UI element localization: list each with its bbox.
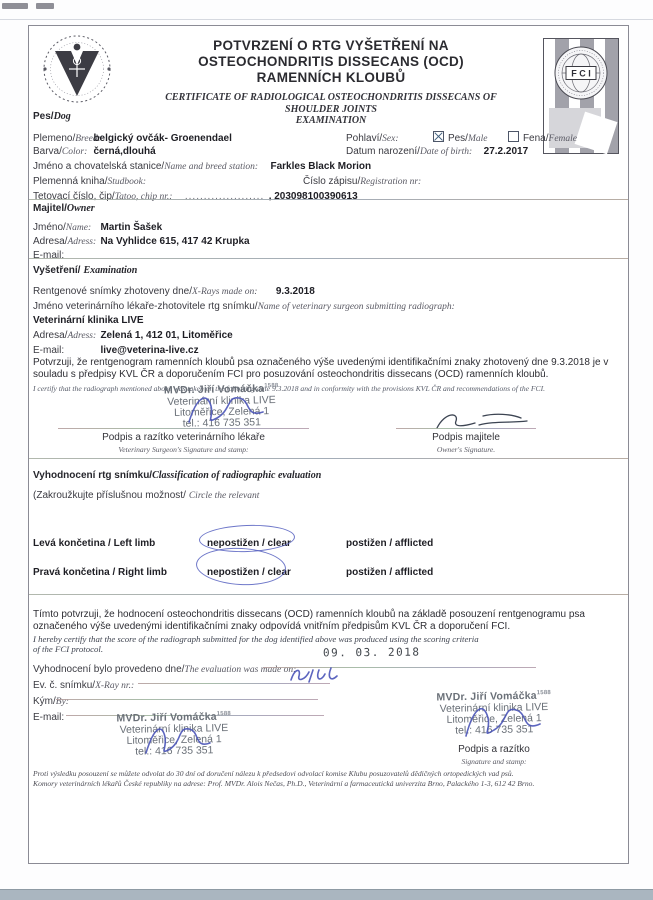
by-line: [56, 699, 318, 700]
evaluation-section-heading: Vyhodnocení rtg snímku/Classification of…: [33, 470, 321, 481]
scan-bottom-edge: [0, 889, 653, 900]
owner-signature-caption: Podpis majitele: [396, 432, 536, 443]
final-text-cz: Tímto potvrzuji, že hodnocení osteochond…: [33, 609, 621, 633]
kvl-veterinary-chamber-logo: [39, 32, 115, 108]
scan-edge-line: [0, 19, 653, 20]
right-limb-label: Pravá končetina / Right limb: [33, 567, 167, 578]
final-signature-caption-en: Signature and stamp:: [424, 757, 564, 766]
right-limb-row: Pravá končetina / Right limb: [33, 562, 167, 580]
chip-number-value: , 203098100390613: [269, 191, 358, 202]
left-limb-row: Levá končetina / Left limb: [33, 533, 155, 551]
clinic-email-value: live@veterina-live.cz: [100, 345, 198, 356]
certification-text-cz: Potvrzuji, že rentgenogram ramenních klo…: [33, 357, 621, 381]
dog-chip-row: Tetovací číslo, čip/Tatoo, chip nr.: ...…: [33, 186, 358, 204]
vet-signature-caption: Podpis a razítko veterinárního lékaře: [58, 432, 309, 443]
dog-section-heading: Pes/Dog: [33, 111, 71, 122]
vet-signature-scribble: [454, 698, 549, 743]
vet-signature-scribble: [179, 388, 274, 430]
title-line: OSTEOCHONDRITIS DISSECANS (OCD): [141, 54, 521, 70]
clinic-email-row: E-mail: live@veterina-live.cz: [33, 340, 199, 358]
vet-signature-caption-en: Veterinary Surgeon's Signature and stamp…: [58, 445, 309, 454]
fci-acronym: F C I: [571, 69, 591, 79]
vet-signature-scribble: [134, 719, 219, 761]
title-line: RAMENNÍCH KLOUBŮ: [141, 70, 521, 86]
pen-circle-right-limb: [195, 546, 287, 588]
vet-signature-line: [58, 428, 309, 429]
certificate-border-box: POTVRZENÍ O RTG VYŠETŘENÍ NA OSTEOCHONDR…: [28, 25, 629, 864]
dog-dob-value: 27.2.2017: [484, 146, 529, 157]
examination-section-heading: Vyšetření/Examination: [33, 265, 137, 276]
owner-signature-caption-en: Owner's Signature.: [396, 445, 536, 454]
evaluation-date-stamp: 09. 03. 2018: [323, 646, 421, 660]
section-divider: [29, 258, 628, 259]
footer-fineprint: Proti výsledku posouzení se můžete odvol…: [33, 769, 615, 789]
evaluation-instruction: (Zakroužkujte příslušnou možnost/Circle …: [33, 485, 259, 503]
owner-section-heading: Majitel/Owner: [33, 203, 95, 214]
owner-email-row: E-mail:: [33, 245, 64, 263]
section-divider: [29, 458, 628, 459]
right-limb-afflicted-option: postižen / afflicted: [346, 562, 433, 580]
owner-address-value: Na Vyhlidce 615, 417 42 Krupka: [100, 236, 249, 247]
final-email-row: E-mail:: [33, 707, 64, 725]
scanned-certificate-page: POTVRZENÍ O RTG VYŠETŘENÍ NA OSTEOCHONDR…: [0, 0, 653, 900]
left-limb-afflicted-option: postižen / afflicted: [346, 533, 433, 551]
scan-artifact: [36, 3, 54, 9]
left-limb-label: Levá končetina / Left limb: [33, 538, 155, 549]
owner-signature-line: [396, 428, 536, 429]
page-title: POTVRZENÍ O RTG VYŠETŘENÍ NA OSTEOCHONDR…: [141, 38, 521, 127]
final-signature-caption: Podpis a razítko: [424, 744, 564, 755]
fci-emblem-icon: F C I: [553, 45, 609, 101]
title-line: POTVRZENÍ O RTG VYŠETŘENÍ NA: [141, 38, 521, 54]
owner-address-row: Adresa/Adress: Na Vyhlidce 615, 417 42 K…: [33, 231, 250, 249]
section-divider: [29, 199, 628, 200]
subtitle-line: EXAMINATION: [141, 115, 521, 127]
final-text-en-line1: I hereby certify that the score of the r…: [33, 634, 621, 645]
subtitle-line: CERTIFICATE OF RADIOLOGICAL OSTEOCHONDRI…: [141, 92, 521, 115]
chip-dotted-line: .....................: [185, 191, 264, 202]
dog-dob-row: Datum narození/Date of birth: 27.2.2017: [346, 141, 528, 159]
scan-artifact: [2, 3, 28, 9]
section-divider: [29, 594, 628, 595]
certification-text-en: I certify that the radiograph mentioned …: [33, 384, 621, 393]
xray-nr-line: [138, 683, 330, 684]
